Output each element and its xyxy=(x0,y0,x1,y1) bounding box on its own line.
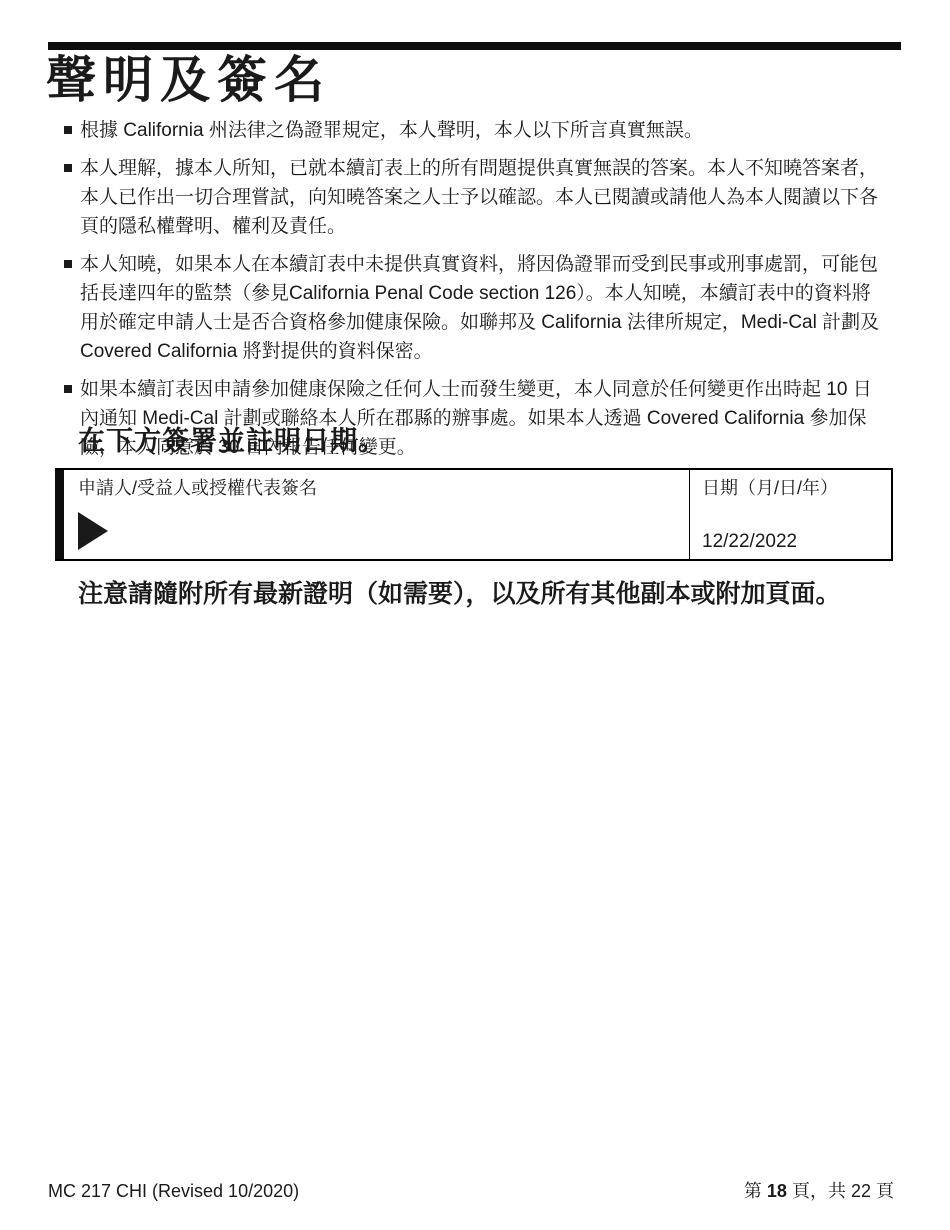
declaration-text: 本人理解，據本人所知，已就本續訂表上的所有問題提供真實無誤的答案。本人不知曉答案… xyxy=(80,158,878,237)
declaration-text: 根據 California 州法律之偽證罪規定，本人聲明，本人以下所言真實無誤。 xyxy=(80,120,703,141)
attachment-note: 注意請隨附所有最新證明（如需要），以及所有其他副本或附加頁面。 xyxy=(78,578,878,611)
page-number: 18 xyxy=(767,1181,787,1201)
declaration-item: 本人理解，據本人所知，已就本續訂表上的所有問題提供真實無誤的答案。本人不知曉答案… xyxy=(48,154,886,241)
sign-here-arrow-icon xyxy=(78,512,108,550)
date-field[interactable]: 日期（月/日/年） 12/22/2022 xyxy=(689,470,891,559)
declaration-text: 本人知曉，如果本人在本續訂表中未提供真實資料，將因偽證罪而受到民事或刑事處罰，可… xyxy=(80,254,879,362)
bullet-square-icon xyxy=(64,164,72,172)
bullet-square-icon xyxy=(64,126,72,134)
declaration-item: 本人知曉，如果本人在本續訂表中未提供真實資料，將因偽證罪而受到民事或刑事處罰，可… xyxy=(48,250,886,366)
sign-instruction-heading: 在下方簽署並註明日期。 xyxy=(78,419,386,458)
bullet-square-icon xyxy=(64,385,72,393)
form-number: MC 217 CHI (Revised 10/2020) xyxy=(48,1181,299,1202)
page-info-prefix: 第 xyxy=(744,1181,767,1201)
bullet-square-icon xyxy=(64,260,72,268)
page-info-suffix: 頁 xyxy=(871,1181,894,1201)
signature-field-label: 申請人/受益人或授權代表簽名 xyxy=(78,477,679,499)
document-page: 聲明及簽名 根據 California 州法律之偽證罪規定，本人聲明，本人以下所… xyxy=(0,0,950,1230)
declaration-list: 根據 California 州法律之偽證罪規定，本人聲明，本人以下所言真實無誤。… xyxy=(48,116,886,471)
signature-field[interactable]: 申請人/受益人或授權代表簽名 xyxy=(64,470,689,559)
page-footer: MC 217 CHI (Revised 10/2020) 第 18 頁，共 22… xyxy=(48,1177,894,1203)
declaration-item: 根據 California 州法律之偽證罪規定，本人聲明，本人以下所言真實無誤。 xyxy=(48,116,886,145)
table-left-accent-bar xyxy=(55,470,64,559)
page-title: 聲明及簽名 xyxy=(46,54,331,107)
page-info: 第 18 頁，共 22 頁 xyxy=(744,1177,894,1203)
date-value[interactable]: 12/22/2022 xyxy=(702,531,881,553)
page-info-middle: 頁，共 xyxy=(787,1181,851,1201)
top-divider-bar xyxy=(48,42,901,50)
signature-table: 申請人/受益人或授權代表簽名 日期（月/日/年） 12/22/2022 xyxy=(55,468,893,561)
date-field-label: 日期（月/日/年） xyxy=(702,477,881,499)
page-total: 22 xyxy=(851,1181,871,1201)
